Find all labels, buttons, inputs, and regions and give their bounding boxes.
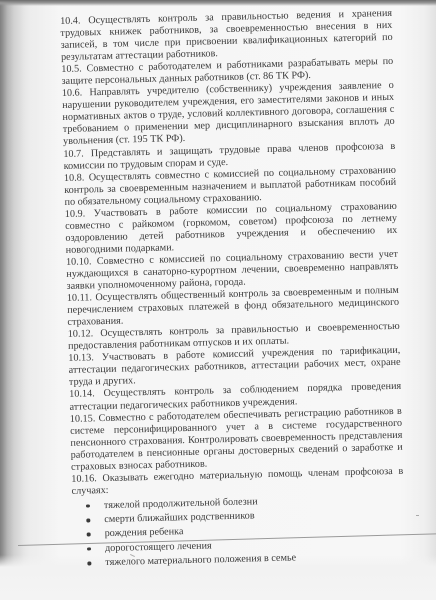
bullet-icon bbox=[87, 533, 91, 537]
list-item-text: смерти ближайших родственников bbox=[104, 511, 255, 526]
bullet-icon bbox=[87, 561, 91, 565]
paragraph-10-9: 10.9. Участвовать в работе комиссии по с… bbox=[65, 201, 398, 257]
paragraph-10-6: 10.6. Направлять учредителю (собственник… bbox=[62, 80, 395, 148]
list-item-text: рождения ребенка bbox=[105, 527, 184, 540]
list-item-text: дорогостоящего лечения bbox=[105, 540, 212, 554]
scan-speck bbox=[416, 515, 419, 516]
paragraph-10-4: 10.4. Осуществлять контроль за правильно… bbox=[60, 8, 393, 64]
scanner-top-shadow bbox=[0, 0, 436, 6]
list-item-text: тяжелого материального положения в семье bbox=[105, 552, 296, 568]
bullet-icon bbox=[86, 519, 90, 523]
page-fold-shadow bbox=[0, 0, 58, 600]
list-item-text: тяжелой продолжительной болезни bbox=[104, 496, 258, 511]
document-page: 10.4. Осуществлять контроль за правильно… bbox=[60, 8, 405, 571]
assistance-cases-list: тяжелой продолжительной болезни смерти б… bbox=[72, 492, 406, 572]
bullet-icon bbox=[87, 547, 91, 551]
bullet-icon bbox=[86, 504, 90, 508]
paragraph-10-15: 10.15. Совместно с работодателем обеспеч… bbox=[70, 405, 403, 473]
